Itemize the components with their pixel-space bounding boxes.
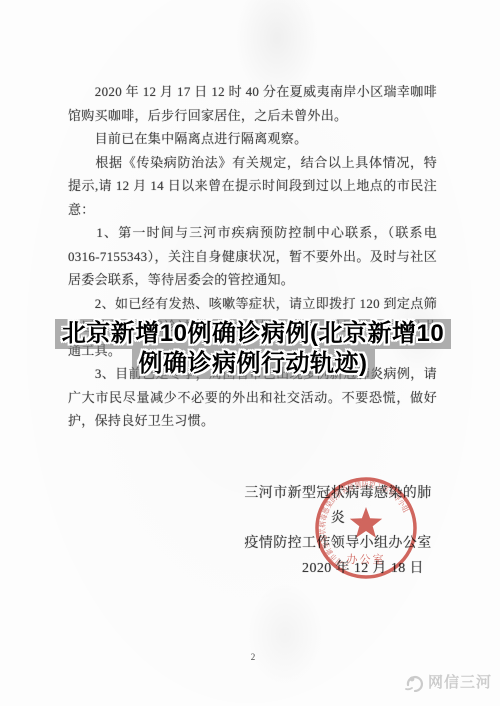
body-line: 护，保持良好卫生习惯。 bbox=[68, 409, 437, 433]
body-line: 提示,请 12 月 14 日以来曾在提示时间段到过以上地点的市民注 bbox=[68, 174, 437, 198]
wangxin-sanhe-logo-icon bbox=[404, 672, 424, 692]
document-body: 2020 年 12 月 17 日 12 时 40 分在夏威夷南岸小区瑞幸咖啡馆购… bbox=[68, 80, 437, 433]
body-line: 广大市民尽量减少不必要的外出和社交活动。不要恐慌，做好防 bbox=[68, 386, 437, 410]
stamp-star-icon bbox=[350, 507, 382, 538]
watermark-label: 网信三河 bbox=[428, 671, 492, 692]
body-line: 居委会联系，等待居委会的管控通知。 bbox=[68, 268, 437, 292]
scanned-document-page: 2020 年 12 月 17 日 12 时 40 分在夏威夷南岸小区瑞幸咖啡馆购… bbox=[0, 0, 500, 706]
body-line: 目前已在集中隔离点进行隔离观察。 bbox=[68, 127, 437, 151]
page-number: 2 bbox=[245, 652, 261, 662]
body-line: 0316-7155343），关注自身健康状况，暂不要外出。及时与社区 bbox=[68, 245, 437, 269]
body-line: 馆购买咖啡，后步行回家居住，之后未曾外出。 bbox=[68, 104, 437, 128]
stamp-bottom-text: 办公室 bbox=[347, 552, 386, 566]
headline-line2: 例确诊病例行动轨迹) bbox=[132, 349, 375, 379]
body-line: 1、第一时间与三河市疾病预防控制中心联系，（联系电话： bbox=[68, 221, 437, 245]
body-line: 意： bbox=[68, 198, 437, 222]
body-line: 根据《传染病防治法》有关规定，结合以上具体情况，特此 bbox=[68, 151, 437, 175]
body-line: 2020 年 12 月 17 日 12 时 40 分在夏威夷南岸小区瑞幸咖啡 bbox=[68, 80, 437, 104]
watermark: 网信三河 bbox=[404, 671, 492, 692]
official-seal-stamp-icon: 三河市新型冠状病毒感染的肺炎疫情防控工作领导小组 办公室 bbox=[313, 475, 419, 581]
headline-line1: 北京新增10例确诊病例(北京新增10 bbox=[55, 319, 451, 349]
body-line: 2、如已经有发热、咳嗽等症状，请立即拨打 120 到定点筛 bbox=[68, 292, 437, 316]
headline-overlay: 北京新增10例确诊病例(北京新增10 例确诊病例行动轨迹) bbox=[3, 319, 500, 379]
